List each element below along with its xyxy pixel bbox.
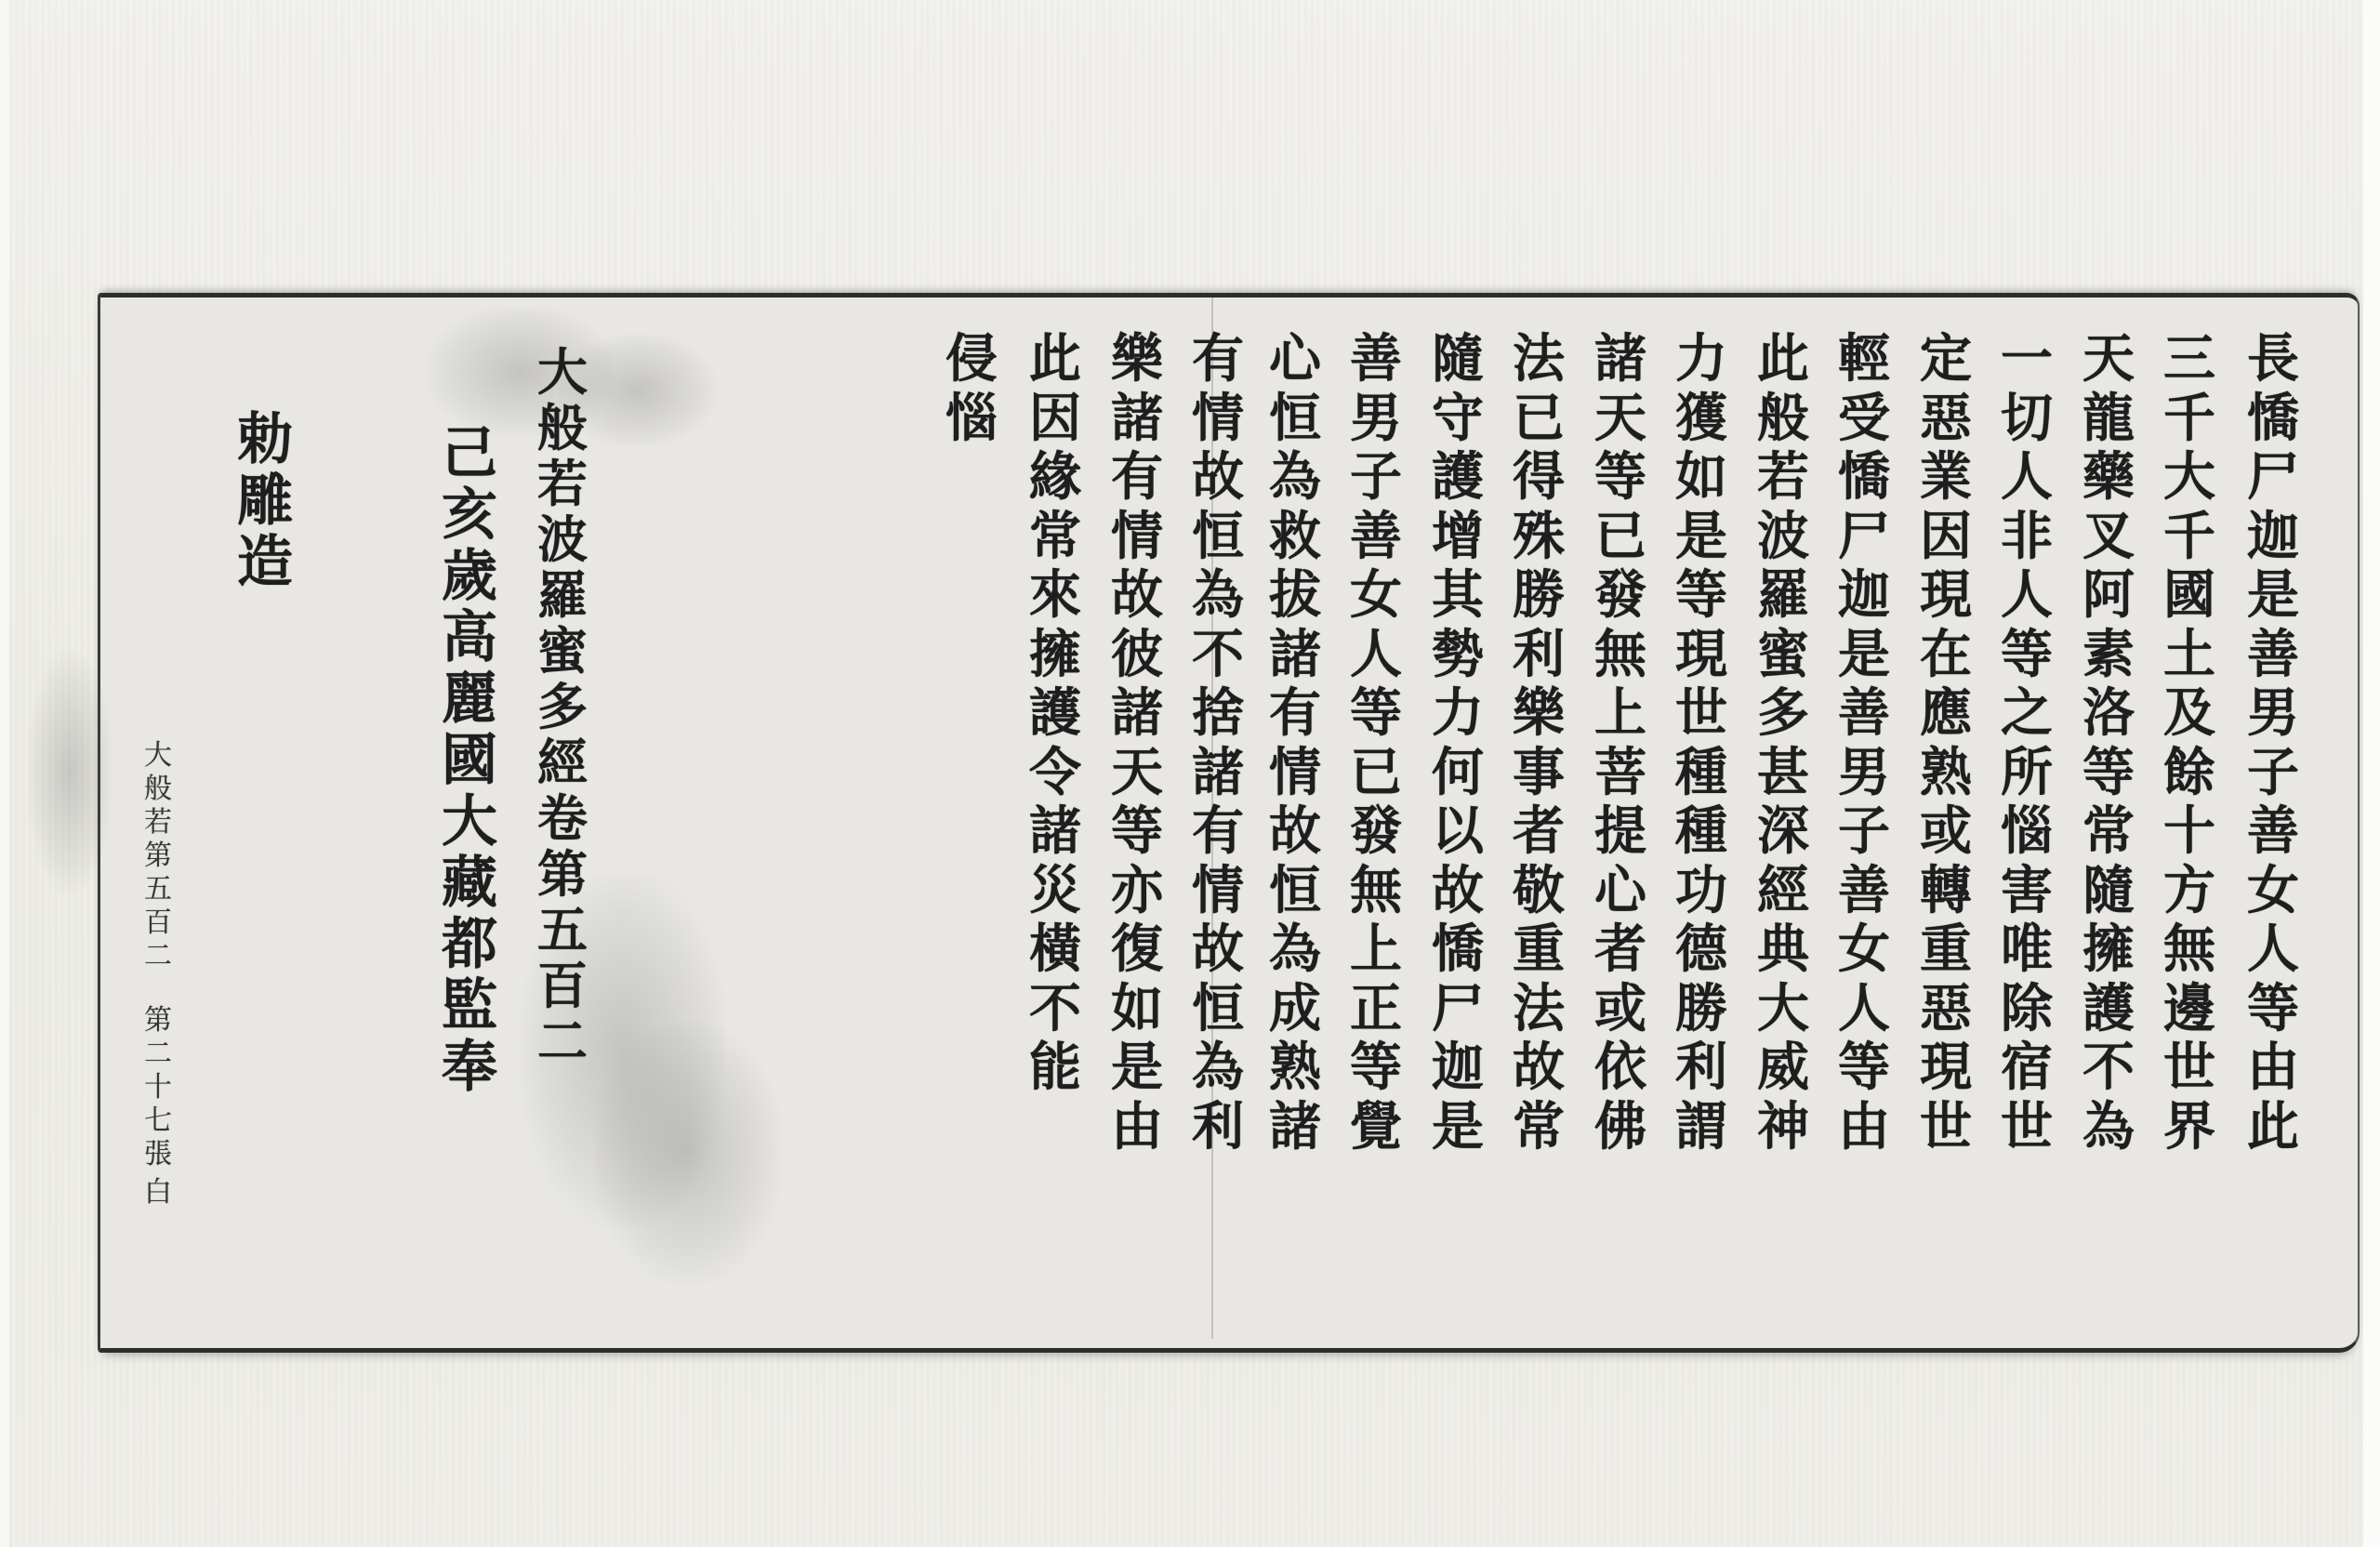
glyph: 樂 bbox=[1104, 330, 1170, 390]
glyph: 有 bbox=[1104, 448, 1170, 508]
glyph: 五 bbox=[530, 902, 595, 958]
glyph: 侵 bbox=[939, 330, 1004, 390]
glyph: 女 bbox=[1343, 566, 1408, 626]
glyph: 來 bbox=[1023, 566, 1088, 626]
text-column-7: 此般若波羅蜜多甚深經典大威神 bbox=[1751, 330, 1816, 1157]
glyph: 造 bbox=[232, 532, 297, 593]
glyph: 諸 bbox=[1263, 1098, 1328, 1157]
glyph: 樂 bbox=[1506, 684, 1571, 744]
glyph: 高 bbox=[437, 607, 502, 668]
glyph: 由 bbox=[2241, 1038, 2306, 1098]
glyph: 業 bbox=[1913, 448, 1978, 508]
glyph: 人 bbox=[1343, 626, 1408, 685]
glyph: 歲 bbox=[437, 546, 502, 607]
glyph: 叉 bbox=[2076, 508, 2141, 567]
glyph: 如 bbox=[1104, 980, 1170, 1039]
glyph: 善 bbox=[1831, 862, 1897, 921]
colophon-column-2: 勅雕造 bbox=[232, 409, 297, 593]
sutra-title-column: 大般若波羅蜜多經卷第五百二 bbox=[530, 344, 595, 1069]
glyph: 因 bbox=[1913, 508, 1978, 567]
glyph: 為 bbox=[1263, 920, 1328, 980]
glyph: 國 bbox=[437, 730, 502, 791]
glyph: 何 bbox=[1425, 744, 1490, 803]
glyph: 等 bbox=[1831, 1038, 1897, 1098]
glyph: 隨 bbox=[2076, 862, 2141, 921]
glyph: 其 bbox=[1425, 566, 1490, 626]
glyph: 定 bbox=[1913, 330, 1978, 390]
glyph: 擁 bbox=[2076, 920, 2141, 980]
glyph: 波 bbox=[1751, 508, 1816, 567]
glyph: 如 bbox=[1669, 448, 1734, 508]
glyph: 利 bbox=[1506, 626, 1571, 685]
glyph: 神 bbox=[1751, 1098, 1816, 1157]
glyph: 是 bbox=[1425, 1098, 1490, 1157]
glyph: 為 bbox=[1263, 448, 1328, 508]
glyph: 現 bbox=[1913, 1038, 1978, 1098]
glyph: 般 bbox=[139, 773, 177, 806]
glyph: 等 bbox=[1104, 802, 1170, 862]
glyph: 正 bbox=[1343, 980, 1408, 1039]
glyph: 宿 bbox=[1994, 1038, 2059, 1098]
glyph: 現 bbox=[1913, 566, 1978, 626]
glyph: 惡 bbox=[1913, 980, 1978, 1039]
glyph: 已 bbox=[1343, 744, 1408, 803]
text-column-5: 定惡業因現在應熟或轉重惡現世 bbox=[1913, 330, 1978, 1157]
glyph: 都 bbox=[437, 914, 502, 975]
glyph: 世 bbox=[1669, 684, 1734, 744]
text-column-12: 善男子善女人等已發無上正等覺 bbox=[1343, 330, 1408, 1157]
glyph: 大 bbox=[139, 739, 177, 773]
text-column-8: 力獲如是等現世種種功德勝利謂 bbox=[1669, 330, 1734, 1157]
glyph: 除 bbox=[1994, 980, 2059, 1039]
text-column-17: 侵惱 bbox=[939, 330, 1004, 448]
glyph: 為 bbox=[1185, 1038, 1250, 1098]
glyph: 覺 bbox=[1343, 1098, 1408, 1157]
glyph: 多 bbox=[530, 679, 595, 734]
glyph: 此 bbox=[1751, 330, 1816, 390]
glyph: 麗 bbox=[437, 668, 502, 730]
glyph: 發 bbox=[1588, 566, 1653, 626]
glyph: 等 bbox=[1669, 566, 1734, 626]
text-column-13: 心恒為救拔諸有情故恒為成熟諸 bbox=[1263, 330, 1328, 1157]
glyph: 常 bbox=[2076, 802, 2141, 862]
glyph: 惱 bbox=[939, 390, 1004, 449]
glyph: 善 bbox=[2241, 802, 2306, 862]
glyph: 拔 bbox=[1263, 566, 1328, 626]
glyph: 尸 bbox=[2241, 448, 2306, 508]
glyph: 長 bbox=[2241, 330, 2306, 390]
glyph: 諸 bbox=[1104, 390, 1170, 449]
glyph: 善 bbox=[1343, 508, 1408, 567]
glyph: 依 bbox=[1588, 1038, 1653, 1098]
glyph: 二 bbox=[139, 1038, 177, 1071]
text-column-10: 法已得殊勝利樂事者敬重法故常 bbox=[1506, 330, 1571, 1157]
glyph: 法 bbox=[1506, 330, 1571, 390]
glyph: 者 bbox=[1506, 802, 1571, 862]
glyph: 情 bbox=[1263, 744, 1328, 803]
glyph: 有 bbox=[1185, 802, 1250, 862]
glyph: 故 bbox=[1185, 448, 1250, 508]
glyph: 是 bbox=[1104, 1038, 1170, 1098]
glyph: 勢 bbox=[1425, 626, 1490, 685]
glyph: 成 bbox=[1263, 980, 1328, 1039]
glyph: 此 bbox=[1023, 330, 1088, 390]
glyph: 故 bbox=[1104, 566, 1170, 626]
glyph: 菩 bbox=[1588, 744, 1653, 803]
glyph: 此 bbox=[2241, 1098, 2306, 1157]
glyph: 第 bbox=[139, 840, 177, 873]
glyph: 轉 bbox=[1913, 862, 1978, 921]
glyph: 羅 bbox=[530, 567, 595, 623]
glyph: 由 bbox=[1831, 1098, 1897, 1157]
glyph: 或 bbox=[1588, 980, 1653, 1039]
glyph: 蜜 bbox=[530, 623, 595, 679]
glyph: 無 bbox=[1343, 862, 1408, 921]
glyph: 素 bbox=[2076, 626, 2141, 685]
glyph: 無 bbox=[1588, 626, 1653, 685]
text-column-11: 隨守護增其勢力何以故憍尸迦是 bbox=[1425, 330, 1490, 1157]
glyph: 常 bbox=[1506, 1098, 1571, 1157]
glyph: 一 bbox=[1994, 330, 2059, 390]
glyph: 力 bbox=[1425, 684, 1490, 744]
glyph: 為 bbox=[1185, 566, 1250, 626]
glyph: 般 bbox=[1751, 390, 1816, 449]
glyph: 深 bbox=[1751, 802, 1816, 862]
glyph: 人 bbox=[2241, 920, 2306, 980]
glyph: 護 bbox=[2076, 980, 2141, 1039]
glyph: 龍 bbox=[2076, 390, 2141, 449]
glyph: 迦 bbox=[2241, 508, 2306, 567]
glyph: 若 bbox=[530, 456, 595, 511]
glyph: 功 bbox=[1669, 862, 1734, 921]
glyph: 二 bbox=[139, 940, 177, 973]
glyph: 大 bbox=[530, 344, 595, 400]
glyph: 故 bbox=[1425, 862, 1490, 921]
glyph: 力 bbox=[1669, 330, 1734, 390]
glyph: 等 bbox=[1994, 626, 2059, 685]
glyph: 救 bbox=[1263, 508, 1328, 567]
glyph: 亦 bbox=[1104, 862, 1170, 921]
colophon-column-1: 己亥歲高麗國大藏都監奉 bbox=[437, 423, 502, 1098]
glyph: 無 bbox=[2157, 920, 2222, 980]
glyph: 張 bbox=[139, 1138, 177, 1171]
glyph: 等 bbox=[2241, 980, 2306, 1039]
glyph: 熟 bbox=[1913, 744, 1978, 803]
glyph: 藏 bbox=[437, 853, 502, 914]
glyph: 女 bbox=[1831, 920, 1897, 980]
glyph: 洛 bbox=[2076, 684, 2141, 744]
glyph: 方 bbox=[2157, 862, 2222, 921]
glyph: 甚 bbox=[1751, 744, 1816, 803]
glyph: 己 bbox=[437, 423, 502, 484]
glyph: 善 bbox=[1343, 330, 1408, 390]
glyph: 等 bbox=[1588, 448, 1653, 508]
glyph: 藥 bbox=[2076, 448, 2141, 508]
glyph: 人 bbox=[1994, 448, 2059, 508]
glyph: 重 bbox=[1506, 920, 1571, 980]
glyph: 故 bbox=[1185, 920, 1250, 980]
glyph: 善 bbox=[1831, 684, 1897, 744]
glyph: 已 bbox=[1506, 390, 1571, 449]
glyph: 守 bbox=[1425, 390, 1490, 449]
glyph: 唯 bbox=[1994, 920, 2059, 980]
glyph: 上 bbox=[1588, 684, 1653, 744]
glyph: 熟 bbox=[1263, 1038, 1328, 1098]
glyph: 邊 bbox=[2157, 980, 2222, 1039]
glyph: 惱 bbox=[1994, 802, 2059, 862]
glyph: 令 bbox=[1023, 744, 1088, 803]
glyph: 事 bbox=[1506, 744, 1571, 803]
glyph: 提 bbox=[1588, 802, 1653, 862]
glyph: 情 bbox=[1185, 390, 1250, 449]
glyph: 諸 bbox=[1104, 684, 1170, 744]
glyph: 是 bbox=[1831, 626, 1897, 685]
glyph: 以 bbox=[1425, 802, 1490, 862]
glyph: 心 bbox=[1588, 862, 1653, 921]
glyph: 有 bbox=[1185, 330, 1250, 390]
glyph: 隨 bbox=[1425, 330, 1490, 390]
text-column-9: 諸天等已發無上菩提心者或依佛 bbox=[1588, 330, 1653, 1157]
glyph: 在 bbox=[1913, 626, 1978, 685]
glyph: 等 bbox=[2076, 744, 2141, 803]
glyph: 子 bbox=[1831, 802, 1897, 862]
glyph: 現 bbox=[1669, 626, 1734, 685]
glyph: 非 bbox=[1994, 508, 2059, 567]
glyph: 女 bbox=[2241, 862, 2306, 921]
margin-note-upper: 大般若第五百二 bbox=[139, 739, 177, 973]
glyph: 卷 bbox=[530, 790, 595, 846]
glyph: 是 bbox=[1669, 508, 1734, 567]
glyph: 及 bbox=[2157, 684, 2222, 744]
glyph: 利 bbox=[1669, 1038, 1734, 1098]
glyph: 惡 bbox=[1913, 390, 1978, 449]
glyph: 有 bbox=[1263, 684, 1328, 744]
glyph: 國 bbox=[2157, 566, 2222, 626]
glyph: 七 bbox=[139, 1104, 177, 1138]
glyph: 迦 bbox=[1831, 566, 1897, 626]
text-column-6: 輕受憍尸迦是善男子善女人等由 bbox=[1831, 330, 1897, 1157]
glyph: 若 bbox=[1751, 448, 1816, 508]
glyph: 者 bbox=[1588, 920, 1653, 980]
glyph: 德 bbox=[1669, 920, 1734, 980]
glyph: 天 bbox=[2076, 330, 2141, 390]
glyph: 護 bbox=[1425, 448, 1490, 508]
glyph: 緣 bbox=[1023, 448, 1088, 508]
glyph: 二 bbox=[530, 1013, 595, 1069]
glyph: 人 bbox=[1831, 980, 1897, 1039]
glyph: 男 bbox=[1831, 744, 1897, 803]
glyph: 世 bbox=[1994, 1098, 2059, 1157]
glyph: 百 bbox=[530, 958, 595, 1013]
glyph: 憍 bbox=[1831, 448, 1897, 508]
glyph: 典 bbox=[1751, 920, 1816, 980]
glyph: 或 bbox=[1913, 802, 1978, 862]
glyph: 勝 bbox=[1669, 980, 1734, 1039]
glyph: 彼 bbox=[1104, 626, 1170, 685]
ink-smudge bbox=[595, 1023, 781, 1283]
glyph: 百 bbox=[139, 906, 177, 940]
glyph: 威 bbox=[1751, 1038, 1816, 1098]
glyph: 故 bbox=[1263, 802, 1328, 862]
glyph: 重 bbox=[1913, 920, 1978, 980]
glyph: 男 bbox=[2241, 684, 2306, 744]
glyph: 若 bbox=[139, 806, 177, 840]
glyph: 勅 bbox=[232, 409, 297, 470]
glyph: 謂 bbox=[1669, 1098, 1734, 1157]
text-column-2: 三千大千國土及餘十方無邊世界 bbox=[2157, 330, 2222, 1157]
glyph: 善 bbox=[2241, 626, 2306, 685]
glyph: 土 bbox=[2157, 626, 2222, 685]
glyph: 不 bbox=[2076, 1038, 2141, 1098]
glyph: 所 bbox=[1994, 744, 2059, 803]
glyph: 亥 bbox=[437, 484, 502, 546]
glyph: 子 bbox=[2241, 744, 2306, 803]
glyph: 千 bbox=[2157, 508, 2222, 567]
margin-note-mark: 白 bbox=[139, 1176, 177, 1210]
glyph: 十 bbox=[139, 1071, 177, 1104]
glyph: 阿 bbox=[2076, 566, 2141, 626]
glyph: 經 bbox=[1751, 862, 1816, 921]
glyph: 得 bbox=[1506, 448, 1571, 508]
glyph: 恒 bbox=[1263, 862, 1328, 921]
glyph: 世 bbox=[2157, 1038, 2222, 1098]
glyph: 上 bbox=[1343, 920, 1408, 980]
glyph: 能 bbox=[1023, 1038, 1088, 1098]
glyph: 法 bbox=[1506, 980, 1571, 1039]
glyph: 第 bbox=[139, 1004, 177, 1038]
glyph: 諸 bbox=[1588, 330, 1653, 390]
glyph: 不 bbox=[1023, 980, 1088, 1039]
glyph: 般 bbox=[530, 400, 595, 456]
text-column-16: 此因緣常來擁護令諸災橫不能 bbox=[1023, 330, 1088, 1098]
glyph: 白 bbox=[139, 1176, 177, 1210]
glyph: 人 bbox=[1994, 566, 2059, 626]
glyph: 大 bbox=[1751, 980, 1816, 1039]
glyph: 已 bbox=[1588, 508, 1653, 567]
glyph: 敬 bbox=[1506, 862, 1571, 921]
glyph: 增 bbox=[1425, 508, 1490, 567]
glyph: 天 bbox=[1104, 744, 1170, 803]
glyph: 諸 bbox=[1263, 626, 1328, 685]
glyph: 多 bbox=[1751, 684, 1816, 744]
glyph: 故 bbox=[1506, 1038, 1571, 1098]
glyph: 恒 bbox=[1263, 390, 1328, 449]
glyph: 世 bbox=[1913, 1098, 1978, 1157]
page-edge-right bbox=[2363, 0, 2380, 1547]
glyph: 災 bbox=[1023, 862, 1088, 921]
glyph: 諸 bbox=[1185, 744, 1250, 803]
glyph: 發 bbox=[1343, 802, 1408, 862]
glyph: 監 bbox=[437, 975, 502, 1037]
glyph: 憍 bbox=[1425, 920, 1490, 980]
glyph: 佛 bbox=[1588, 1098, 1653, 1157]
glyph: 等 bbox=[1343, 1038, 1408, 1098]
glyph: 經 bbox=[530, 734, 595, 790]
glyph: 諸 bbox=[1023, 802, 1088, 862]
glyph: 復 bbox=[1104, 920, 1170, 980]
page-edge-left bbox=[0, 0, 9, 1547]
text-column-1: 長憍尸迦是善男子善女人等由此 bbox=[2241, 330, 2306, 1157]
glyph: 害 bbox=[1994, 862, 2059, 921]
glyph: 迦 bbox=[1425, 1038, 1490, 1098]
glyph: 波 bbox=[530, 511, 595, 567]
glyph: 受 bbox=[1831, 390, 1897, 449]
glyph: 尸 bbox=[1831, 508, 1897, 567]
glyph: 餘 bbox=[2157, 744, 2222, 803]
glyph: 奉 bbox=[437, 1037, 502, 1098]
glyph: 十 bbox=[2157, 802, 2222, 862]
text-column-3: 天龍藥叉阿素洛等常隨擁護不為 bbox=[2076, 330, 2141, 1157]
glyph: 為 bbox=[2076, 1098, 2141, 1157]
glyph: 恒 bbox=[1185, 508, 1250, 567]
glyph: 雕 bbox=[232, 470, 297, 532]
glyph: 因 bbox=[1023, 390, 1088, 449]
glyph: 獲 bbox=[1669, 390, 1734, 449]
glyph: 橫 bbox=[1023, 920, 1088, 980]
glyph: 切 bbox=[1994, 390, 2059, 449]
glyph: 憍 bbox=[2241, 390, 2306, 449]
ink-smudge bbox=[28, 651, 112, 892]
glyph: 情 bbox=[1104, 508, 1170, 567]
glyph: 五 bbox=[139, 873, 177, 906]
glyph: 種 bbox=[1669, 744, 1734, 803]
glyph: 殊 bbox=[1506, 508, 1571, 567]
glyph: 子 bbox=[1343, 448, 1408, 508]
glyph: 大 bbox=[2157, 448, 2222, 508]
glyph: 蜜 bbox=[1751, 626, 1816, 685]
glyph: 是 bbox=[2241, 566, 2306, 626]
glyph: 羅 bbox=[1751, 566, 1816, 626]
text-column-15: 樂諸有情故彼諸天等亦復如是由 bbox=[1104, 330, 1170, 1157]
glyph: 等 bbox=[1343, 684, 1408, 744]
glyph: 恒 bbox=[1185, 980, 1250, 1039]
text-column-4: 一切人非人等之所惱害唯除宿世 bbox=[1994, 330, 2059, 1157]
glyph: 天 bbox=[1588, 390, 1653, 449]
glyph: 之 bbox=[1994, 684, 2059, 744]
text-column-14: 有情故恒為不捨諸有情故恒為利 bbox=[1185, 330, 1250, 1157]
glyph: 三 bbox=[2157, 330, 2222, 390]
glyph: 第 bbox=[530, 846, 595, 902]
glyph: 不 bbox=[1185, 626, 1250, 685]
glyph: 擁 bbox=[1023, 626, 1088, 685]
glyph: 利 bbox=[1185, 1098, 1250, 1157]
glyph: 尸 bbox=[1425, 980, 1490, 1039]
glyph: 情 bbox=[1185, 862, 1250, 921]
margin-note-lower: 第二十七張 bbox=[139, 1004, 177, 1171]
glyph: 應 bbox=[1913, 684, 1978, 744]
glyph: 常 bbox=[1023, 508, 1088, 567]
glyph: 界 bbox=[2157, 1098, 2222, 1157]
glyph: 護 bbox=[1023, 684, 1088, 744]
glyph: 種 bbox=[1669, 802, 1734, 862]
glyph: 輕 bbox=[1831, 330, 1897, 390]
glyph: 男 bbox=[1343, 390, 1408, 449]
glyph: 大 bbox=[437, 791, 502, 853]
glyph: 由 bbox=[1104, 1098, 1170, 1157]
glyph: 捨 bbox=[1185, 684, 1250, 744]
glyph: 千 bbox=[2157, 390, 2222, 449]
glyph: 勝 bbox=[1506, 566, 1571, 626]
glyph: 心 bbox=[1263, 330, 1328, 390]
